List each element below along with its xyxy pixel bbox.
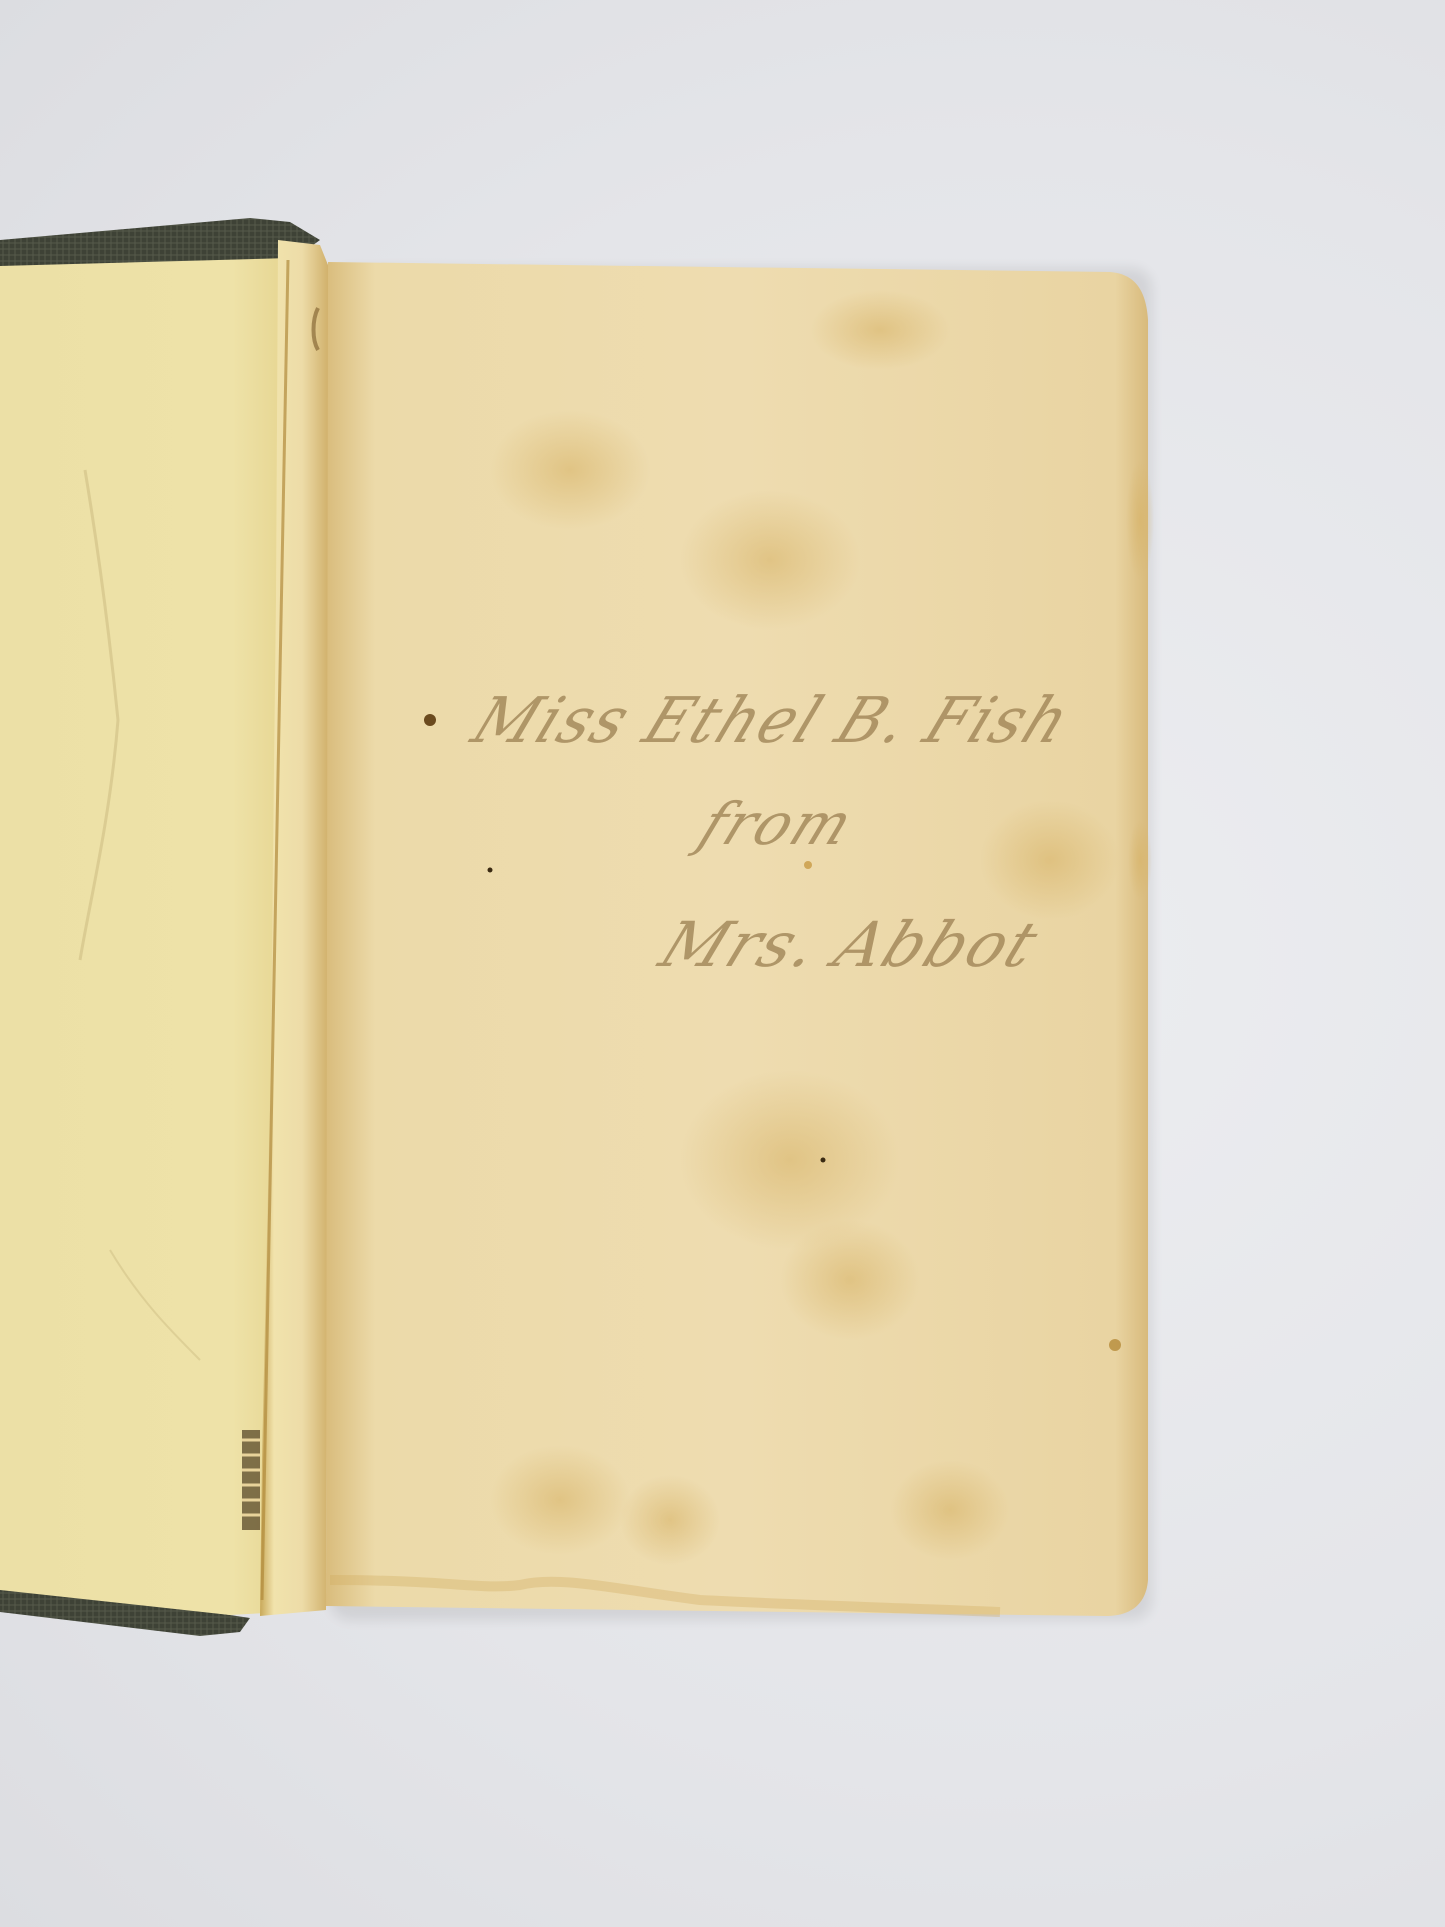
right-flyleaf-page bbox=[326, 262, 1148, 1616]
photo-scene: Miss Ethel B. Fish from Mrs. Abbot Antiq… bbox=[0, 0, 1445, 1927]
left-endpaper bbox=[0, 258, 290, 1615]
open-book bbox=[0, 0, 1445, 1927]
